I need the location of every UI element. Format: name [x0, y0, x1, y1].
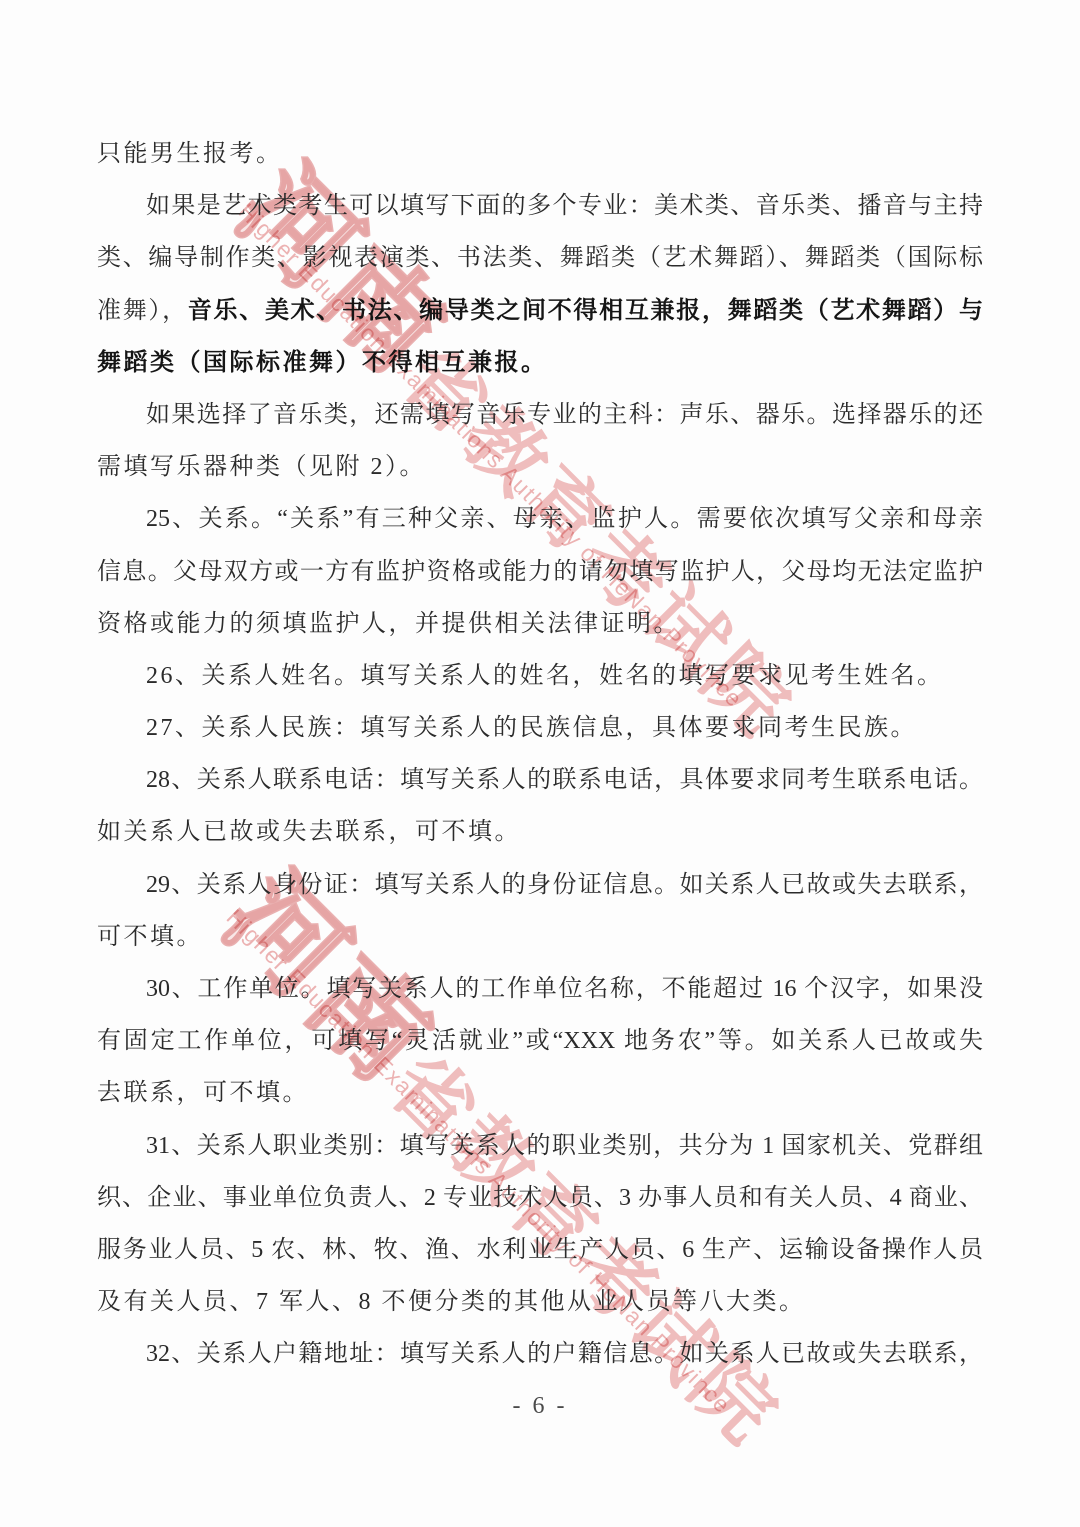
text-line: 信息。父母双方或一方有监护资格或能力的请勿填写监护人，父母均无法定监护 [97, 546, 983, 598]
text-segment: 26、关系人姓名。填写关系人的姓名，姓名的填写要求见考生姓名。 [146, 663, 944, 689]
text-line: 31、关系人职业类别：填写关系人的职业类别，共分为 1 国家机关、党群组 [97, 1120, 983, 1172]
page-number: - 6 - [0, 1393, 1080, 1420]
text-line: 资格或能力的须填监护人，并提供相关法律证明。 [97, 598, 983, 650]
text-line: 可不填。 [97, 911, 983, 963]
text-line: 28、关系人联系电话：填写关系人的联系电话，具体要求同考生联系电话。 [97, 754, 983, 806]
text-line: 去联系，可不填。 [97, 1067, 983, 1119]
text-segment: 如果是艺术类考生可以填写下面的多个专业：美术类、音乐类、播音与主持 [146, 193, 983, 219]
text-segment: 需填写乐器种类（见附 2）。 [97, 454, 426, 480]
text-segment: 资格或能力的须填监护人，并提供相关法律证明。 [97, 611, 680, 637]
text-line: 如果是艺术类考生可以填写下面的多个专业：美术类、音乐类、播音与主持 [97, 180, 983, 232]
text-line: 如关系人已故或失去联系，可不填。 [97, 806, 983, 858]
text-segment: 25、关系。“关系”有三种父亲、母亲、监护人。需要依次填写父亲和母亲 [146, 506, 983, 532]
text-segment: 有固定工作单位，可填写“灵活就业”或“XXX 地务农”等。如关系人已故或失 [97, 1028, 983, 1054]
text-segment: 27、关系人民族：填写关系人的民族信息，具体要求同考生民族。 [146, 715, 917, 741]
text-segment: 如关系人已故或失去联系，可不填。 [97, 819, 521, 845]
text-line: 服务业人员、5 农、林、牧、渔、水利业生产人员、6 生产、运输设备操作人员 [97, 1224, 983, 1276]
text-segment: 信息。父母双方或一方有监护资格或能力的请勿填写监护人，父母均无法定监护 [97, 559, 983, 585]
text-segment-bold: 音乐、美术、书法、编导类之间不得相互兼报，舞蹈类（艺术舞蹈）与 [188, 298, 983, 324]
document-page: 河南省教育考试院 Higher Education Examinations A… [0, 0, 1080, 1527]
text-line: 如果选择了音乐类，还需填写音乐专业的主科：声乐、器乐。选择器乐的还 [97, 389, 983, 441]
text-segment: 31、关系人职业类别：填写关系人的职业类别，共分为 1 国家机关、党群组 [146, 1133, 983, 1159]
text-line: 需填写乐器种类（见附 2）。 [97, 441, 983, 493]
text-line: 织、企业、事业单位负责人、2 专业技术人员、3 办事人员和有关人员、4 商业、 [97, 1172, 983, 1224]
text-line: 类、编导制作类、影视表演类、书法类、舞蹈类（艺术舞蹈）、舞蹈类（国际标 [97, 232, 983, 284]
text-segment: 类、编导制作类、影视表演类、书法类、舞蹈类（艺术舞蹈）、舞蹈类（国际标 [97, 245, 983, 271]
text-line: 及有关人员、7 军人、8 不便分类的其他从业人员等八大类。 [97, 1276, 983, 1328]
text-line: 27、关系人民族：填写关系人的民族信息，具体要求同考生民族。 [97, 702, 983, 754]
text-segment: 只能男生报考。 [97, 141, 283, 167]
text-line: 舞蹈类（国际标准舞）不得相互兼报。 [97, 337, 983, 389]
text-segment: 准舞）， [97, 298, 188, 324]
text-line: 准舞），音乐、美术、书法、编导类之间不得相互兼报，舞蹈类（艺术舞蹈）与 [97, 285, 983, 337]
text-line: 25、关系。“关系”有三种父亲、母亲、监护人。需要依次填写父亲和母亲 [97, 493, 983, 545]
text-line: 32、关系人户籍地址：填写关系人的户籍信息。如关系人已故或失去联系， [97, 1328, 983, 1380]
text-segment: 服务业人员、5 农、林、牧、渔、水利业生产人员、6 生产、运输设备操作人员 [97, 1237, 983, 1263]
text-segment: 如果选择了音乐类，还需填写音乐专业的主科：声乐、器乐。选择器乐的还 [146, 402, 983, 428]
text-line: 有固定工作单位，可填写“灵活就业”或“XXX 地务农”等。如关系人已故或失 [97, 1015, 983, 1067]
text-segment: 28、关系人联系电话：填写关系人的联系电话，具体要求同考生联系电话。 [146, 767, 983, 793]
text-segment: 32、关系人户籍地址：填写关系人的户籍信息。如关系人已故或失去联系， [146, 1341, 983, 1367]
text-line: 只能男生报考。 [97, 128, 983, 180]
text-segment: 及有关人员、7 军人、8 不便分类的其他从业人员等八大类。 [97, 1289, 806, 1315]
text-segment: 30、工作单位。填写关系人的工作单位名称，不能超过 16 个汉字，如果没 [146, 976, 983, 1002]
text-segment-bold: 舞蹈类（国际标准舞）不得相互兼报。 [97, 350, 548, 376]
text-line: 30、工作单位。填写关系人的工作单位名称，不能超过 16 个汉字，如果没 [97, 963, 983, 1015]
text-line: 29、关系人身份证：填写关系人的身份证信息。如关系人已故或失去联系， [97, 859, 983, 911]
body-text: 只能男生报考。如果是艺术类考生可以填写下面的多个专业：美术类、音乐类、播音与主持… [97, 128, 983, 1381]
text-segment: 织、企业、事业单位负责人、2 专业技术人员、3 办事人员和有关人员、4 商业、 [97, 1185, 983, 1211]
text-segment: 去联系，可不填。 [97, 1080, 309, 1106]
text-segment: 可不填。 [97, 924, 203, 950]
text-segment: 29、关系人身份证：填写关系人的身份证信息。如关系人已故或失去联系， [146, 872, 983, 898]
text-line: 26、关系人姓名。填写关系人的姓名，姓名的填写要求见考生姓名。 [97, 650, 983, 702]
